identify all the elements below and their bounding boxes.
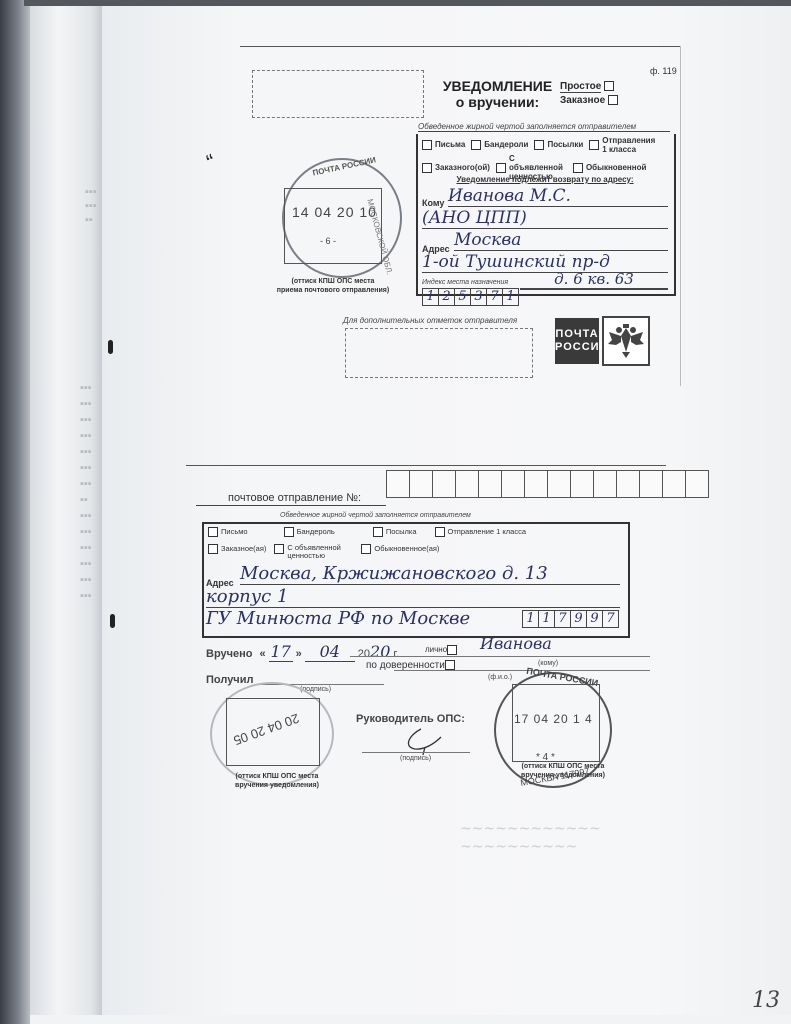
tear-address-line1[interactable]: Москва, Кржижановского д. 13 [240, 563, 620, 585]
item-type-row: Письма Бандероли Посылки Отправления 1 к… [422, 136, 672, 154]
bleed-through-handwriting: ~~~~~~~~~~~~~~~~~~~~~~ [460, 820, 660, 880]
tracking-cell[interactable] [386, 470, 410, 498]
checkbox-letters[interactable] [422, 140, 432, 150]
checkbox-registered[interactable] [608, 95, 618, 105]
index-digit: 1 [422, 288, 439, 306]
tear-index-digit: 7 [554, 610, 571, 628]
eagle-emblem-box [602, 316, 650, 366]
head-signature-caption: (подпись) [400, 755, 431, 762]
tear-item-type-row: Письмо Бандероль Посылка Отправление 1 к… [208, 527, 526, 537]
bleed-through-column: ▪▪▪▪▪▪▪▪▪▪▪▪▪▪▪▪▪▪▪▪▪▪▪▪▪▪▪▪▪▪▪▪▪▪▪▪▪▪▪▪… [80, 380, 92, 604]
tracking-cell[interactable] [685, 470, 709, 498]
index-cells[interactable]: 1 2 5 3 7 1 [422, 288, 518, 306]
page-number: 13 [752, 988, 780, 1013]
item-type-letters[interactable]: Письма [422, 140, 465, 150]
tracking-cell[interactable] [616, 470, 640, 498]
category-ordinary[interactable]: Обыкновенной [573, 163, 646, 173]
tracking-cell[interactable] [639, 470, 663, 498]
tear-index-digit: 1 [538, 610, 555, 628]
postmark-return-date: 17 04 20 1 4 [514, 712, 593, 726]
item-type-parcels-small[interactable]: Бандероли [471, 140, 528, 150]
to-whom-caption: (кому) [538, 660, 558, 667]
delivered-underline [350, 656, 650, 657]
tear-category-ordinary[interactable]: Обыкновенное(ая) [361, 544, 439, 554]
tear-index-digit: 9 [586, 610, 603, 628]
head-signature-line[interactable] [362, 752, 470, 753]
tracking-cell[interactable] [455, 470, 479, 498]
tracking-cell[interactable] [547, 470, 571, 498]
form-right-rule [680, 46, 681, 386]
tear-type-printed[interactable]: Бандероль [284, 527, 335, 537]
delivered-row: Вручено «17» 04 2020г. [206, 642, 399, 662]
russian-post-logo: ПОЧТА РОССИИ [555, 318, 599, 364]
index-label: Индекс места назначения [422, 279, 508, 286]
personally-option[interactable]: лично [425, 645, 460, 655]
checkbox-first-class[interactable] [589, 140, 599, 150]
postmark-return-caption: (оттиск КПШ ОПС места вручения уведомлен… [508, 762, 618, 780]
scan-edge-shadow [0, 0, 30, 1024]
tracking-label: почтовое отправление №: [228, 492, 361, 504]
index-digit: 2 [438, 288, 455, 306]
address-line3[interactable]: д. 6 кв. 63 [520, 270, 668, 290]
head-label: Руководитель ОПС: [356, 713, 465, 725]
scan-top-edge [24, 0, 791, 6]
title-line2: о вручении: [440, 94, 555, 110]
tear-category-registered[interactable]: Заказное(ая) [208, 544, 266, 554]
address-window [252, 70, 424, 118]
tracking-cell[interactable] [409, 470, 433, 498]
tear-item-category-row: Заказное(ая) С объявленной ценностью Обы… [208, 544, 439, 560]
checkbox-letter[interactable] [208, 527, 218, 537]
postmark-acceptance-caption: (оттиск КПШ ОПС места приема почтового о… [268, 277, 398, 295]
title-line1: УВЕДОМЛЕНИЕ [440, 78, 555, 94]
tear-address-line2[interactable]: корпус 1 [206, 586, 620, 608]
checkbox-printed[interactable] [471, 140, 481, 150]
fio-caption: (ф.и.о.) [488, 674, 512, 681]
address-line1[interactable]: Москва [454, 230, 668, 251]
tracking-underline [196, 505, 386, 506]
tear-type-letter[interactable]: Письмо [208, 527, 248, 537]
checkbox-ordinary[interactable] [573, 163, 583, 173]
postmark-delivery-caption: (оттиск КПШ ОПС места вручения уведомлен… [222, 772, 332, 790]
type-registered[interactable]: Заказное [560, 94, 621, 108]
checkbox-declared-tear[interactable] [274, 544, 284, 554]
tracking-cell[interactable] [593, 470, 617, 498]
tear-type-parcel[interactable]: Посылка [373, 527, 417, 537]
index-digit: 3 [470, 288, 487, 306]
extra-marks-label: Для дополнительных отметок отправителя [343, 316, 517, 325]
checkbox-ordinary-tear[interactable] [361, 544, 371, 554]
recipient-name[interactable]: Иванова [480, 634, 552, 653]
tear-type-first-class[interactable]: Отправление 1 класса [435, 527, 526, 537]
sender-note: Обведенное жирной чертой заполняется отп… [418, 122, 670, 132]
extra-marks-box[interactable] [345, 328, 533, 378]
to-label: Кому [422, 198, 444, 208]
bleed-through-text: ▪▪▪▪▪▪▪▪ [85, 185, 97, 227]
category-registered[interactable]: Заказного(ой) [422, 163, 490, 173]
item-type-parcels[interactable]: Посылки [534, 140, 583, 150]
return-heading: Уведомление подлежит возврату по адресу: [420, 175, 670, 184]
tear-index-digit: 1 [522, 610, 539, 628]
tracking-cell[interactable] [432, 470, 456, 498]
binder-hole [110, 614, 115, 628]
index-digit: 5 [454, 288, 471, 306]
tracking-cell[interactable] [570, 470, 594, 498]
checkbox-parcels[interactable] [534, 140, 544, 150]
index-digit: 7 [486, 288, 503, 306]
tear-index-cells[interactable]: 1 1 7 9 9 7 [522, 610, 618, 628]
delivered-day[interactable]: 17 [269, 642, 293, 662]
to-value-line1[interactable]: Иванова М.С. [448, 186, 668, 207]
checkbox-declared-value[interactable] [496, 163, 506, 173]
tear-category-declared[interactable]: С объявленной ценностью [274, 544, 343, 560]
checkbox-simple[interactable] [604, 81, 614, 91]
checkbox-proxy[interactable] [445, 660, 455, 670]
tear-sender-note: Обведенное жирной чертой заполняется отп… [280, 512, 471, 519]
delivered-year[interactable]: 20 [370, 642, 390, 661]
double-headed-eagle-icon [604, 318, 648, 364]
to-value-line2[interactable]: (АНО ЦПП) [422, 208, 668, 229]
checkbox-printed-matter[interactable] [284, 527, 294, 537]
received-fio-line[interactable] [394, 670, 650, 671]
form-code: ф. 119 [650, 66, 677, 76]
received-label: Получил [206, 674, 253, 686]
delivered-month[interactable]: 04 [305, 642, 355, 662]
tracking-number-cells[interactable] [386, 470, 708, 498]
postmark-acceptance-date: 14 04 20 10 [292, 204, 377, 220]
tear-line [186, 465, 666, 466]
scan-bottom-edge [30, 1015, 791, 1024]
binder-hole [108, 340, 113, 354]
type-simple[interactable]: Простое [560, 80, 621, 94]
checkbox-registered-tear[interactable] [208, 544, 218, 554]
postmark-acceptance-code: - 6 - [320, 236, 336, 246]
tracking-cell[interactable] [662, 470, 686, 498]
tracking-cell[interactable] [478, 470, 502, 498]
checkbox-registered-item[interactable] [422, 163, 432, 173]
checkbox-parcel[interactable] [373, 527, 383, 537]
tracking-cell[interactable] [524, 470, 548, 498]
tear-index-digit: 7 [602, 610, 619, 628]
checkbox-first-class-item[interactable] [435, 527, 445, 537]
checkbox-personally[interactable] [447, 645, 457, 655]
tear-address-line3[interactable]: ГУ Минюста РФ по Москве [206, 608, 522, 629]
notification-type-options: Простое Заказное [560, 80, 621, 108]
tracking-cell[interactable] [501, 470, 525, 498]
item-type-first-class[interactable]: Отправления 1 класса [589, 136, 650, 154]
index-digit: 1 [502, 288, 519, 306]
tear-index-digit: 9 [570, 610, 587, 628]
form-top-rule [240, 46, 680, 47]
